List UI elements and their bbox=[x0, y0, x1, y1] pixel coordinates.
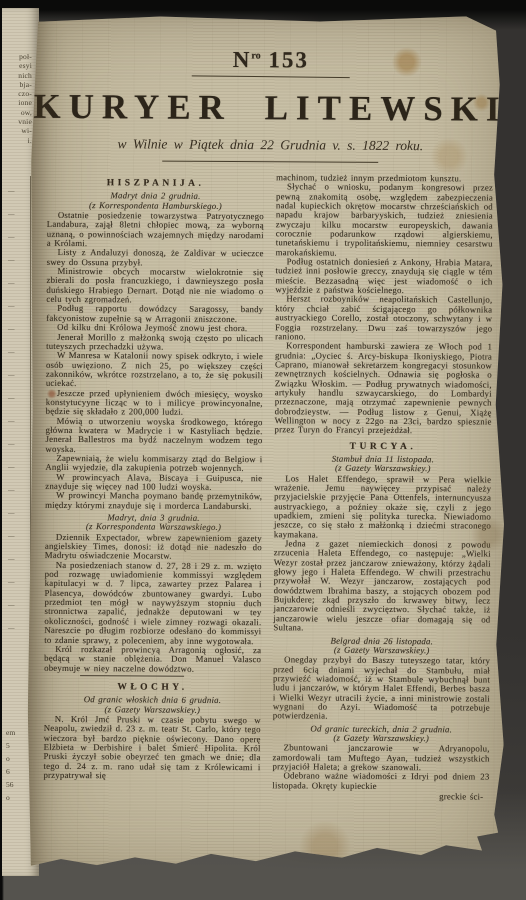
masthead-dateline: w Wilnie w Piątek dnia 22 Grudnia v. s. … bbox=[29, 136, 511, 155]
masthead: Nro 153 KURYER LITEWSKI w Wilnie w Piąte… bbox=[29, 46, 512, 164]
number-fragment: o bbox=[6, 752, 15, 765]
article-paragraph: Słychać o wniosku, podanym kongresowi pr… bbox=[276, 183, 493, 259]
table-dash: — bbox=[8, 318, 15, 341]
table-dash: — bbox=[8, 249, 15, 272]
table-dash: — bbox=[8, 364, 15, 387]
photo-backdrop: poł-esyinichbja-czo-ioneow,vniewi-i. ———… bbox=[0, 0, 526, 900]
table-dash: — bbox=[8, 479, 15, 502]
table-dash: — bbox=[8, 617, 15, 640]
right-column: machinom, tudzież innym przedmiotom kuns… bbox=[272, 173, 493, 802]
article-paragraph: Dziennik Expectador, wbrew zapewnieniom … bbox=[45, 533, 262, 562]
number-fragment: em bbox=[6, 726, 15, 739]
section-heading: TURCYA. bbox=[274, 442, 491, 453]
table-dash: — bbox=[8, 387, 15, 410]
article-paragraph: Los Halet Effendego, sprawił w Pera wiel… bbox=[274, 474, 491, 541]
masthead-divider-top bbox=[192, 75, 350, 78]
table-dash: — bbox=[8, 502, 15, 525]
table-dash: — bbox=[8, 571, 15, 594]
text-fragment: czo- bbox=[2, 89, 32, 98]
article-paragraph: Król rozkazał prowincyą Arragonią ogłosi… bbox=[44, 645, 261, 674]
article-paragraph: Onegday przybył do Baszy tuteyszego tata… bbox=[273, 655, 490, 722]
article-paragraph: W Manresa w Katalonii nowy spisek odkryt… bbox=[46, 351, 263, 390]
issue-number: Nro 153 bbox=[30, 46, 512, 75]
adjacent-page-number-fragments: em5o656o bbox=[6, 726, 15, 804]
text-fragment: bja- bbox=[2, 80, 32, 89]
article-paragraph: Herszt rozboyników neapolitańskich Caste… bbox=[275, 295, 492, 343]
section-heading: WŁOCHY. bbox=[44, 683, 261, 694]
table-dash: — bbox=[8, 180, 15, 203]
number-fragment: 6 bbox=[6, 765, 15, 778]
table-dash: — bbox=[8, 272, 15, 295]
article-paragraph: Ostatnie posiedzenie towarzystwa Patryot… bbox=[47, 211, 264, 250]
text-fragment: wi- bbox=[2, 126, 32, 135]
article-paragraph: W prowincyi Mancha poymano bandę przemyt… bbox=[45, 491, 262, 511]
article-columns: HISZPANIJA.Madryt dnia 2 grudnia.(z Korr… bbox=[25, 161, 511, 802]
section-divider bbox=[80, 675, 184, 677]
table-dash: — bbox=[8, 341, 15, 364]
article-paragraph: Jeszcze przed upłynieniem dwóch miesięcy… bbox=[46, 388, 263, 417]
section-heading: HISZPANIJA. bbox=[47, 179, 264, 190]
article-paragraph: Zbuntowani janczarowie w Adryanopolu, za… bbox=[272, 744, 489, 773]
article-paragraph: Korrespondent hamburski zawiera ze Włoch… bbox=[275, 341, 493, 436]
table-dash: — bbox=[8, 226, 15, 249]
number-fragment: 5 bbox=[6, 739, 15, 752]
article-paragraph: Zapewniaią, że wielu kommisarzy ztąd do … bbox=[45, 454, 262, 474]
text-fragment: poł- bbox=[2, 52, 32, 61]
article-paragraph: Odebrano ważne wiadomości z Idryi pod dn… bbox=[272, 772, 489, 792]
article-paragraph: Podług ostatnich doniesień z Ankony, Hra… bbox=[275, 257, 492, 296]
article-paragraph: N. Król Jmć Pruski w czasie pobytu swego… bbox=[43, 715, 260, 782]
table-dash: — bbox=[8, 594, 15, 617]
article-paragraph: Ministrowie obcych mocarstw wielokrotnie… bbox=[46, 267, 263, 306]
number-fragment: 56 bbox=[6, 778, 15, 791]
left-column: HISZPANIJA.Madryt dnia 2 grudnia.(z Korr… bbox=[43, 172, 264, 801]
table-dash: — bbox=[8, 433, 15, 456]
table-dash: — bbox=[8, 548, 15, 571]
text-fragment: ione bbox=[2, 98, 32, 107]
number-fragment: o bbox=[6, 791, 15, 804]
table-dash: — bbox=[8, 456, 15, 479]
text-fragment: vnie bbox=[2, 117, 32, 126]
text-fragment: i. bbox=[2, 136, 32, 145]
text-fragment: nich bbox=[2, 71, 32, 80]
article-paragraph: Mówią o utworzeniu woyska środkowego, kt… bbox=[45, 416, 262, 455]
table-dash: — bbox=[8, 525, 15, 548]
catchword: greckie ści- bbox=[272, 791, 489, 802]
table-dash: — bbox=[8, 203, 15, 226]
table-dash: — bbox=[8, 410, 15, 433]
issue-superscript: ro bbox=[251, 50, 260, 61]
newspaper-title: KURYER LITEWSKI bbox=[29, 87, 511, 130]
adjacent-page-table-dashes: ———————————————————— bbox=[8, 180, 15, 640]
table-dash: — bbox=[8, 295, 15, 318]
article-paragraph: Jedna z gazet niemieckich donosi z powod… bbox=[273, 539, 491, 634]
newspaper-page: Nro 153 KURYER LITEWSKI w Wilnie w Piąte… bbox=[25, 12, 512, 881]
article-paragraph: Na posiedzeniach stanow d. 27, 28 i 29 z… bbox=[44, 561, 262, 646]
text-fragment: ow, bbox=[2, 108, 32, 117]
text-fragment: esyi bbox=[2, 61, 32, 70]
